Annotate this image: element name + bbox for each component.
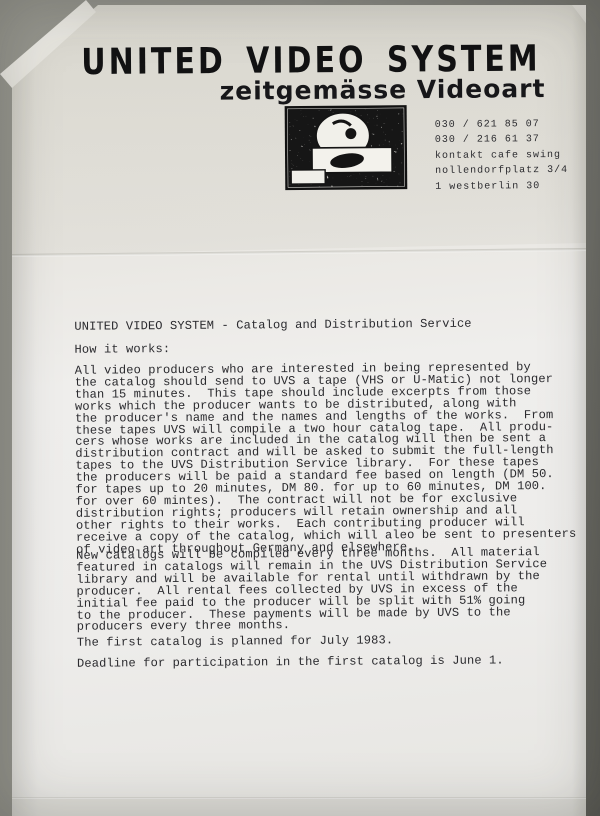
first-catalog-note: The first catalog is planned for July 19… xyxy=(77,635,393,649)
deadline-note: Deadline for participation in the first … xyxy=(77,655,504,670)
photo-background: UNITED VIDEO SYSTEM zeitgemässe Videoart xyxy=(0,0,600,816)
paragraph-catalog-schedule: New catalogs will be compiled every thre… xyxy=(76,547,548,634)
how-it-works-label: How it works: xyxy=(74,344,170,357)
halftone-logo-image xyxy=(285,105,408,190)
letterhead-subtitle: zeitgemässe Videoart xyxy=(220,74,546,106)
document-heading: UNITED VIDEO SYSTEM - Catalog and Distri… xyxy=(74,319,471,334)
contact-info: 030 / 621 85 07 030 / 216 61 37 kontakt … xyxy=(435,117,569,195)
document-content: UNITED VIDEO SYSTEM zeitgemässe Videoart xyxy=(0,0,600,816)
paragraph-how-it-works: All video producers who are interested i… xyxy=(75,362,577,556)
